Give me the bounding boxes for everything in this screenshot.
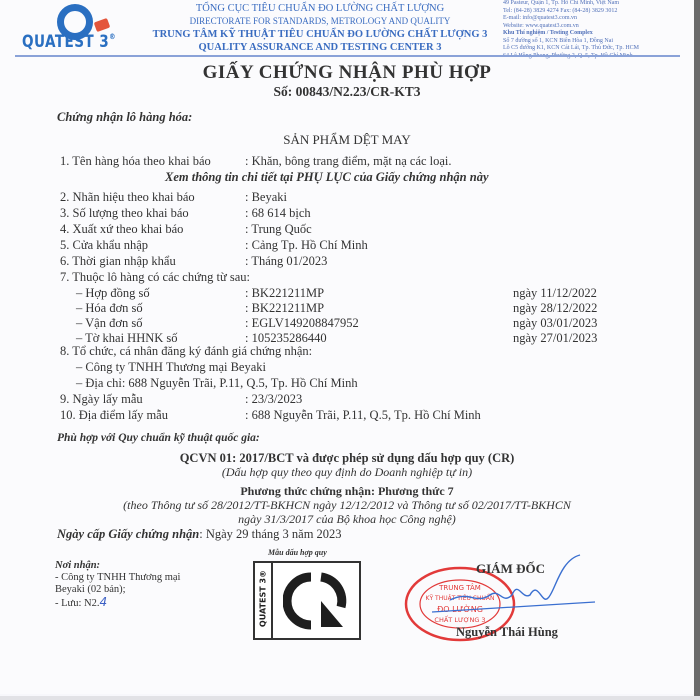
item-value: : 68 614 bịch (245, 206, 311, 221)
document-date: ngày 03/01/2023 (513, 316, 597, 331)
certificate-page: QUATEST 3® TỔNG CỤC TIÊU CHUẨN ĐO LƯỜNG … (0, 0, 694, 694)
signatory-name: Nguyễn Thái Hùng (456, 625, 558, 640)
item-8-label: 8. Tổ chức, cá nhân đăng ký đánh giá chứ… (60, 344, 312, 359)
recipient-line: Beyaki (02 bản); (55, 584, 180, 596)
item-value: : Cảng Tp. Hồ Chí Minh (245, 238, 368, 253)
certificate-number: Số: 00843/N2.23/CR-KT3 (0, 84, 694, 100)
document-label: – Vận đơn số (76, 316, 142, 331)
product-group: SẢN PHẨM DỆT MAY (0, 132, 694, 148)
item-label: 10. Địa điểm lấy mẫu (60, 408, 168, 423)
appendix-note: Xem thông tin chi tiết tại PHỤ LỤC của G… (165, 170, 489, 185)
recipient-line: - Công ty TNHH Thương mại (55, 572, 180, 584)
testing-complex-heading: Khu Thí nghiệm / Testing Complex (503, 30, 693, 38)
document-label: – Hợp đồng số (76, 286, 150, 301)
address-line: Lô C5 đường K1, KCN Cát Lái, Tp. Thủ Đức… (503, 45, 693, 53)
header-divider (15, 55, 680, 57)
document-date: ngày 11/12/2022 (513, 286, 597, 301)
email-line: E-mail: info@quatest3.com.vn (503, 15, 693, 23)
mark-divider (271, 563, 273, 638)
item-value: : 23/3/2023 (245, 392, 302, 407)
item-value: : Tháng 01/2023 (245, 254, 327, 269)
item-label: 2. Nhãn hiệu theo khai báo (60, 190, 195, 205)
organization-header: TỔNG CỤC TIÊU CHUẨN ĐO LƯỜNG CHẤT LƯỢNG … (130, 2, 510, 54)
issue-date: Ngày cấp Giấy chứng nhận: Ngày 29 tháng … (57, 527, 342, 542)
issue-date-label: Ngày cấp Giấy chứng nhận (57, 527, 199, 541)
mark-caption: Mẫu dấu hợp quy (268, 548, 327, 557)
standard: QCVN 01: 2017/BCT và được phép sử dụng d… (0, 451, 694, 466)
method-note-1: (theo Thông tư số 28/2012/TT-BKHCN ngày … (0, 498, 694, 513)
item-value: : Trung Quốc (245, 222, 312, 237)
document-number: : EGLV149208847952 (245, 316, 359, 331)
quatest-logo: QUATEST 3® (22, 2, 132, 50)
cr-mark-icon (283, 571, 349, 631)
org-line-4: QUALITY ASSURANCE AND TESTING CENTER 3 (130, 41, 510, 54)
issue-date-value: : Ngày 29 tháng 3 năm 2023 (199, 527, 341, 541)
org-line-3: TRUNG TÂM KỸ THUẬT TIÊU CHUẨN ĐO LƯỜNG C… (130, 28, 510, 41)
website-line: Website: www.quatest3.com.vn (503, 23, 693, 31)
conformity-label: Phù hợp với Quy chuẩn kỹ thuật quốc gia: (57, 432, 260, 444)
logo-text: QUATEST 3® (22, 32, 116, 52)
document-date: ngày 28/12/2022 (513, 301, 597, 316)
recipients: Nơi nhận: - Công ty TNHH Thương mại Beya… (55, 560, 180, 610)
org-line-1: TỔNG CỤC TIÊU CHUẨN ĐO LƯỜNG CHẤT LƯỢNG (130, 2, 510, 15)
document-number: : BK221211MP (245, 301, 324, 316)
item-label: 5. Cửa khẩu nhập (60, 238, 148, 253)
mark-side-text: QUATEST 3® (259, 569, 268, 629)
item-7-label: 7. Thuộc lô hàng có các chứng từ sau: (60, 270, 250, 285)
item-value: : Khăn, bông trang điểm, mặt nạ các loại… (245, 154, 452, 169)
item-8-company: – Công ty TNHH Thương mại Beyaki (76, 360, 266, 375)
item-label: 9. Ngày lấy mẫu (60, 392, 143, 407)
standard-note: (Dấu hợp quy theo quy định do Doanh nghi… (0, 465, 694, 480)
item-label: 3. Số lượng theo khai báo (60, 206, 189, 221)
org-line-2: DIRECTORATE FOR STANDARDS, METROLOGY AND… (130, 15, 510, 28)
item-value: : 688 Nguyễn Trãi, P.11, Q.5, Tp. Hồ Chí… (245, 408, 481, 423)
handwritten-number: 4 (99, 595, 107, 609)
document-date: ngày 27/01/2023 (513, 331, 597, 346)
item-label: 4. Xuất xứ theo khai báo (60, 222, 183, 237)
address-line: 49 Pasteur, Quận 1, Tp. Hồ Chí Minh, Việ… (503, 0, 693, 8)
document-number: : BK221211MP (245, 286, 324, 301)
certify-label: Chứng nhận lô hàng hóa: (57, 110, 192, 125)
method-note-2: ngày 31/3/2017 của Bộ khoa học Công nghệ… (0, 512, 694, 527)
item-value: : Beyaki (245, 190, 287, 205)
recipient-line: - Lưu: N2.4 (55, 596, 180, 610)
contact-address: 49 Pasteur, Quận 1, Tp. Hồ Chí Minh, Việ… (503, 0, 693, 60)
scan-edge (694, 0, 700, 700)
document-label: – Hóa đơn số (76, 301, 143, 316)
scan-edge (0, 696, 700, 700)
item-8-address: – Địa chỉ: 688 Nguyễn Trãi, P.11, Q.5, T… (76, 376, 358, 391)
document-title: GIẤY CHỨNG NHẬN PHÙ HỢP (0, 62, 694, 84)
recipients-heading: Nơi nhận: (55, 560, 180, 572)
handwritten-signature-icon (430, 550, 600, 630)
certification-method: Phương thức chứng nhận: Phương thức 7 (0, 484, 694, 499)
cr-conformity-mark: QUATEST 3® (253, 561, 361, 640)
address-line: Số 7 đường số 1, KCN Biên Hòa 1, Đồng Na… (503, 38, 693, 46)
item-label: 1. Tên hàng hóa theo khai báo (60, 154, 211, 169)
logo-q-tail-icon (94, 18, 111, 32)
phone-fax-line: Tel: (84-28) 3829 4274 Fax: (84-28) 3829… (503, 8, 693, 16)
item-label: 6. Thời gian nhập khẩu (60, 254, 176, 269)
